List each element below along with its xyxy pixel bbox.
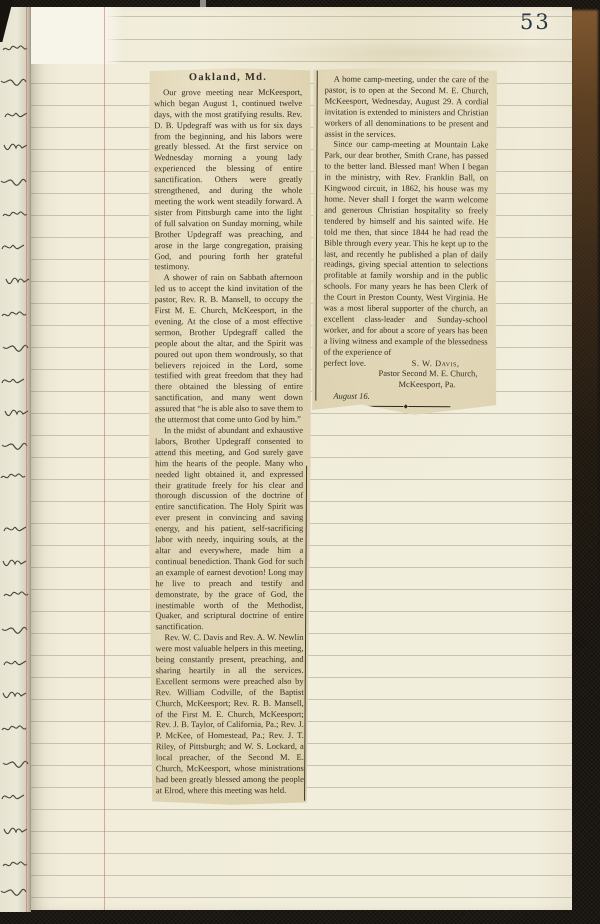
signature-line: perfect love. S. W. Davis, [323,357,487,369]
facing-page-margin-line [26,7,27,912]
clipping-paragraph: A home camp-meeting, under the care of t… [324,74,488,140]
facing-page-edge [0,7,31,912]
clipping-paragraph: Our grove meeting near McKeesport, which… [154,87,302,273]
page-number: 53 [520,10,551,34]
clipping-oakland-md: Oakland, Md. Our grove meeting near McKe… [148,68,313,805]
rule-bar [361,406,403,407]
signature-name: S. W. Davis, [412,358,460,369]
clipping-paragraph: In the midst of abundant and exhaustive … [155,425,304,633]
cover-worn-leather-edge [571,10,598,650]
underlying-page-patch [31,7,124,64]
rule-bar [408,406,450,407]
printed-column-rule [315,71,317,401]
end-of-article-rule [323,405,487,409]
ledger-margin-line [104,7,105,910]
notebook-page: 53 Oakland, Md. Our grove meeting near M… [31,7,572,910]
printed-column-rule [304,466,307,801]
signature-place: McKeesport, Pa. [323,379,487,391]
signature-closing: perfect love. [323,357,366,368]
date-line: August 16. [323,391,487,403]
paper-stain [266,40,576,66]
clipping-paragraph: Since our camp-meeting at Mountain Lake … [324,139,489,358]
signature-role: Pastor Second M. E. Church, [323,368,487,380]
rule-diamond-icon [403,405,407,409]
clipping-paragraph: Rev. W. C. Davis and Rev. A. W. Newlin w… [156,632,304,796]
clipping-title: Oakland, Md. [154,73,302,84]
clipping-paragraph: A shower of rain on Sabbath afternoon le… [155,272,303,425]
clipping-camp-meeting: A home camp-meeting, under the care of t… [311,68,498,424]
